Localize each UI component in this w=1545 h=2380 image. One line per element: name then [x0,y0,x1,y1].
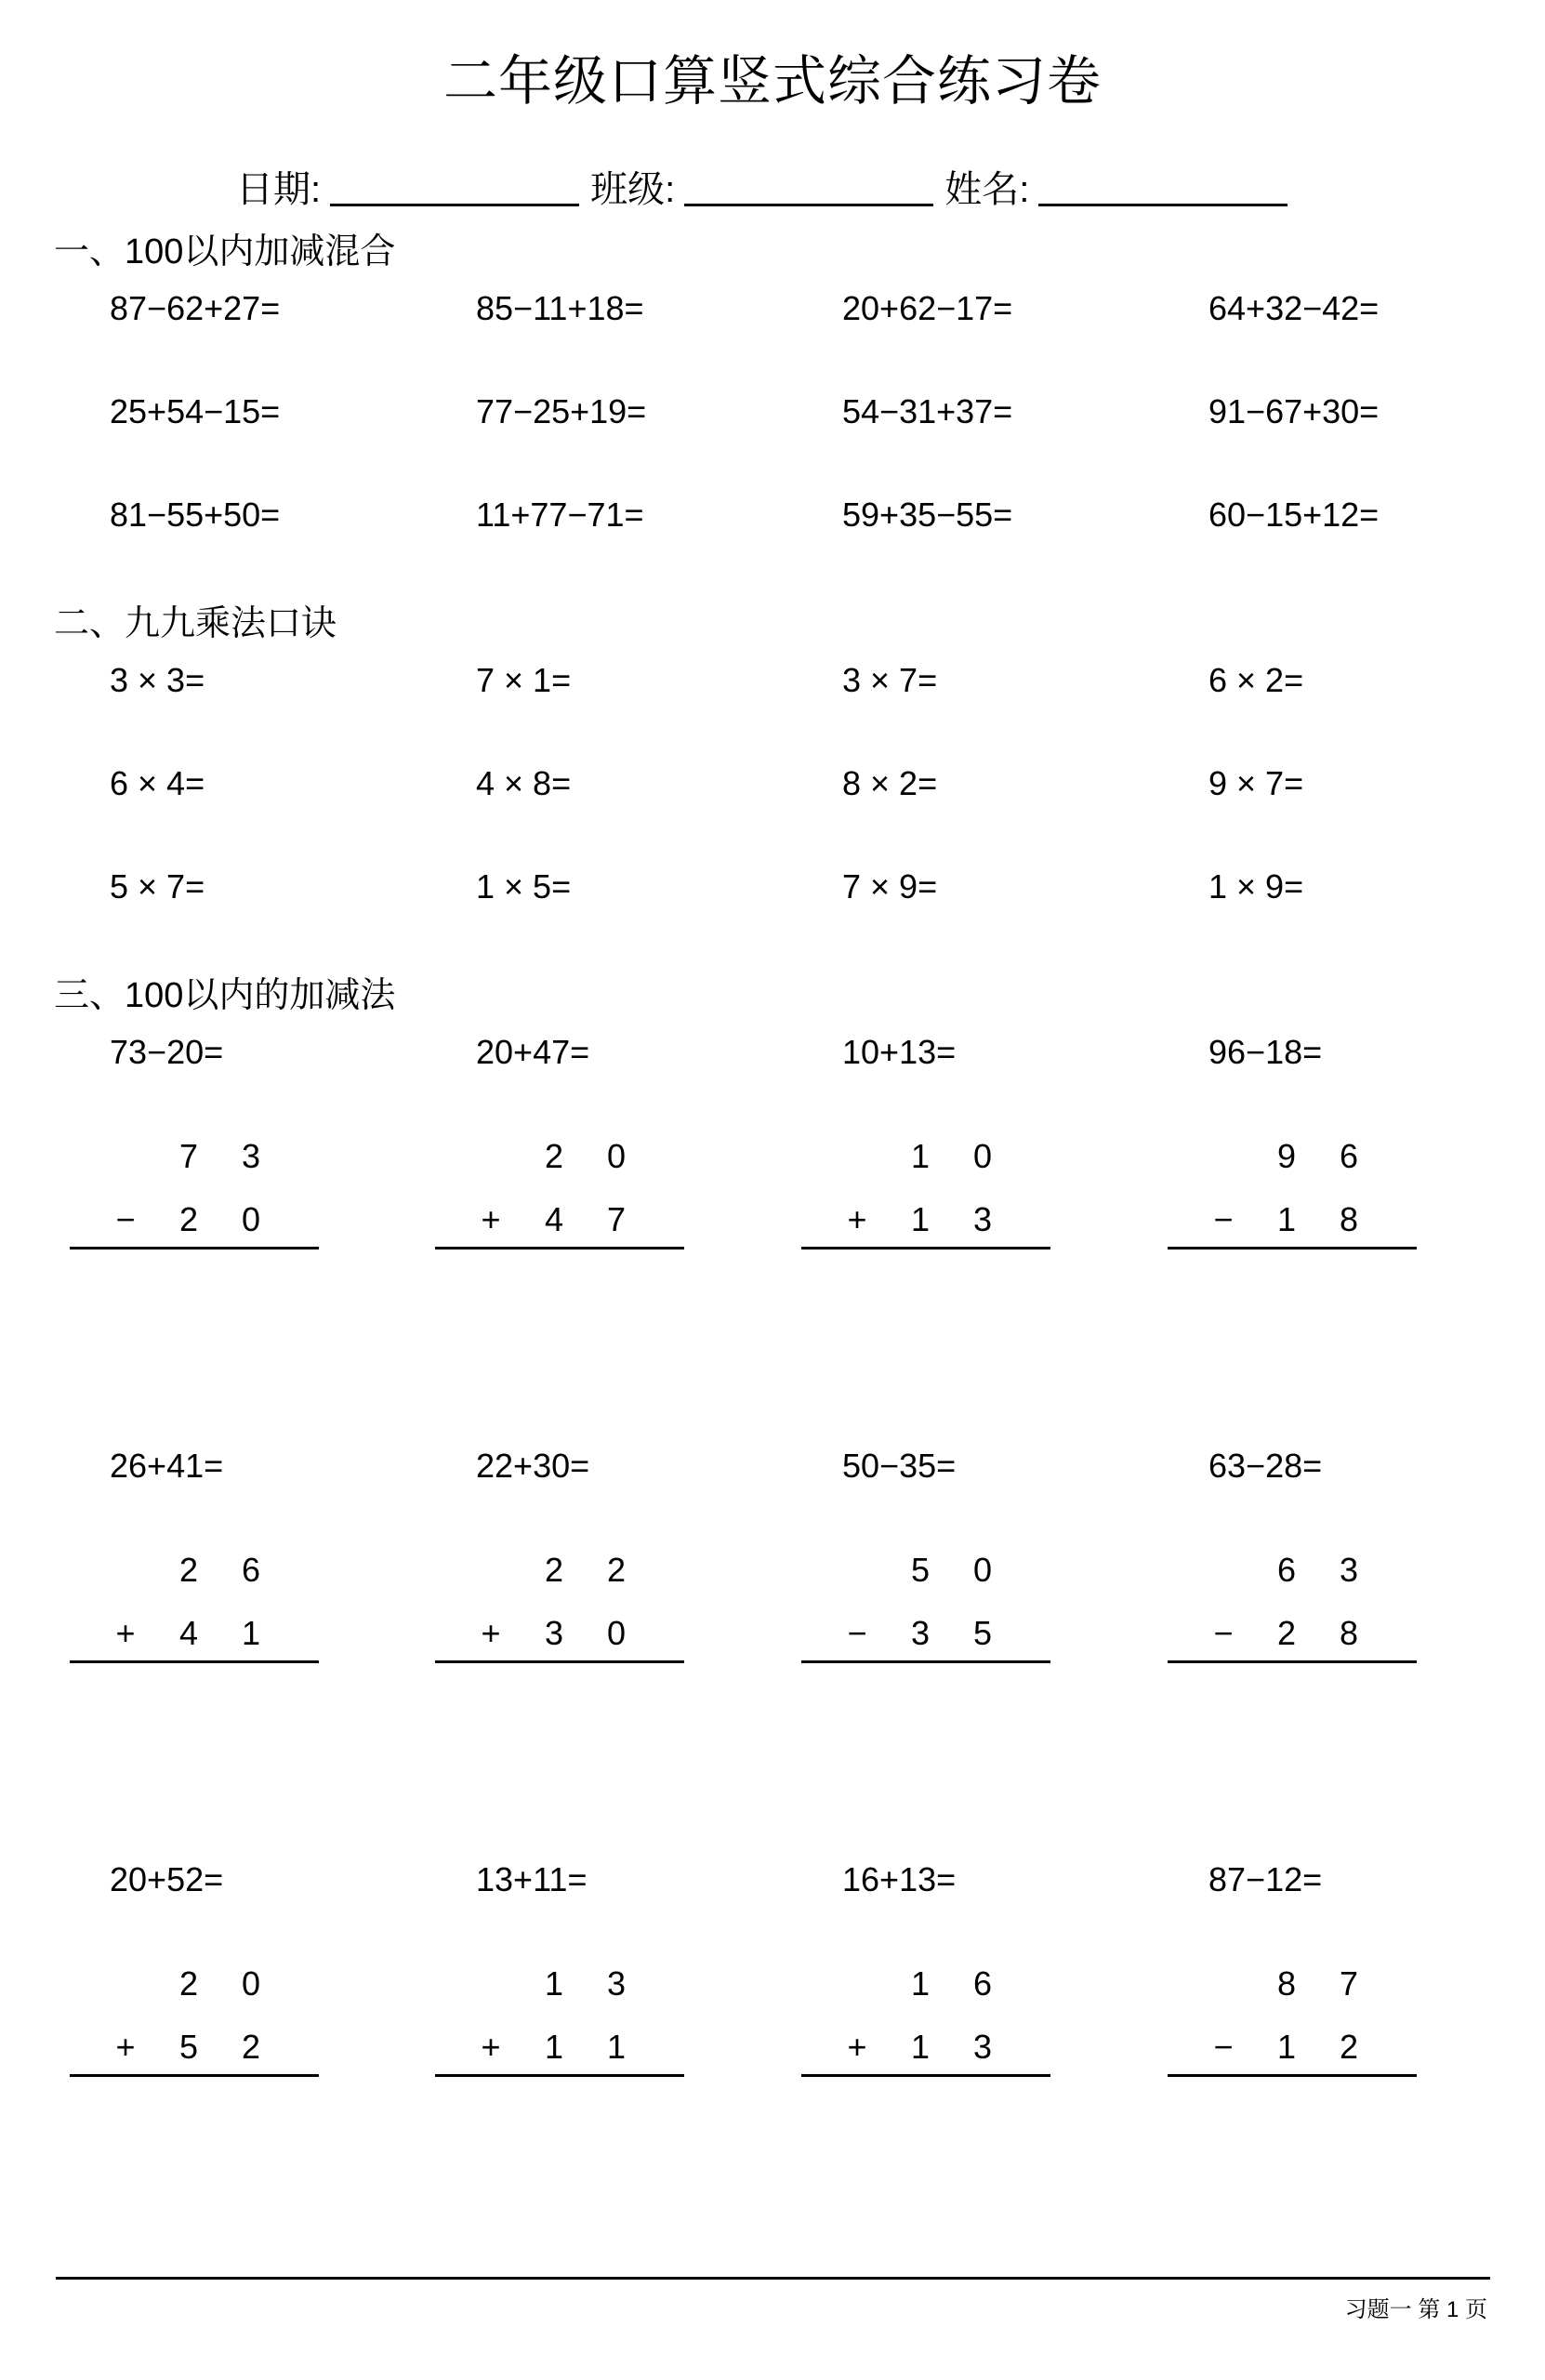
problem-item: 25+54−15= [110,391,280,432]
bottom-tens-digit: 3 [535,1613,573,1654]
problem-item: 5 × 7= [110,866,205,907]
bottom-ones-digit: 7 [598,1199,635,1240]
bottom-ones-digit: 3 [964,1199,1001,1240]
operator-sign: − [1205,1199,1242,1240]
top-tens-digit: 2 [535,1550,573,1591]
top-ones-digit: 0 [232,1963,270,2004]
top-tens-digit: 1 [535,1963,573,2004]
date-blank[interactable] [330,204,579,206]
bottom-tens-digit: 2 [170,1199,207,1240]
top-ones-digit: 0 [598,1136,635,1177]
problem-item: 1 × 5= [476,866,571,907]
class-label: 班级: [590,164,675,216]
answer-line[interactable] [1168,2074,1417,2077]
problem-item: 7 × 1= [476,660,571,701]
operator-sign: + [839,1199,876,1240]
top-tens-digit: 1 [902,1963,939,2004]
top-tens-digit: 8 [1268,1963,1305,2004]
problem-item: 85−11+18= [476,288,644,329]
problem-equation: 20+52= [110,1859,223,1900]
problem-item: 60−15+12= [1208,495,1379,535]
top-ones-digit: 6 [232,1550,270,1591]
problem-item: 11+77−71= [476,495,644,535]
name-label: 姓名: [944,164,1029,216]
class-blank[interactable] [684,204,933,206]
top-tens-digit: 5 [902,1550,939,1591]
section-3-title: 三、100以内的加减法 [54,973,395,1018]
top-tens-digit: 2 [170,1550,207,1591]
student-info-row: 日期: 班级: 姓名: [236,164,1299,216]
bottom-tens-digit: 1 [902,2027,939,2068]
bottom-tens-digit: 1 [1268,2027,1305,2068]
bottom-tens-digit: 1 [902,1199,939,1240]
problem-equation: 96−18= [1208,1032,1322,1073]
problem-item: 9 × 7= [1208,763,1303,804]
answer-line[interactable] [1168,1660,1417,1663]
operator-sign: + [107,1613,144,1654]
problem-item: 54−31+37= [842,391,1012,432]
top-tens-digit: 2 [170,1963,207,2004]
bottom-tens-digit: 3 [902,1613,939,1654]
bottom-tens-digit: 1 [535,2027,573,2068]
operator-sign: − [839,1613,876,1654]
problem-item: 4 × 8= [476,763,571,804]
bottom-ones-digit: 1 [598,2027,635,2068]
top-ones-digit: 3 [1330,1550,1367,1591]
top-ones-digit: 2 [598,1550,635,1591]
top-tens-digit: 6 [1268,1550,1305,1591]
answer-line[interactable] [70,1247,319,1249]
problem-equation: 16+13= [842,1859,956,1900]
bottom-ones-digit: 1 [232,1613,270,1654]
bottom-ones-digit: 8 [1330,1199,1367,1240]
problem-item: 6 × 4= [110,763,205,804]
section-1-title: 一、100以内加减混合 [54,230,395,274]
problem-item: 20+62−17= [842,288,1012,329]
top-ones-digit: 3 [232,1136,270,1177]
answer-line[interactable] [801,1247,1050,1249]
problem-item: 77−25+19= [476,391,646,432]
answer-line[interactable] [435,1247,684,1249]
answer-line[interactable] [435,1660,684,1663]
name-blank[interactable] [1038,204,1287,206]
top-ones-digit: 6 [1330,1136,1367,1177]
section-2-title: 二、九九乘法口诀 [54,602,337,646]
problem-item: 7 × 9= [842,866,937,907]
problem-item: 81−55+50= [110,495,280,535]
problem-equation: 26+41= [110,1446,223,1487]
answer-line[interactable] [1168,1247,1417,1249]
footer-divider [56,2277,1490,2280]
page-footer: 习题一 第 1 页 [1345,2296,1487,2324]
bottom-ones-digit: 8 [1330,1613,1367,1654]
problem-equation: 63−28= [1208,1446,1322,1487]
operator-sign: + [107,2027,144,2068]
problem-equation: 50−35= [842,1446,956,1487]
operator-sign: + [472,1199,509,1240]
top-tens-digit: 7 [170,1136,207,1177]
problem-equation: 73−20= [110,1032,223,1073]
bottom-ones-digit: 0 [232,1199,270,1240]
problem-item: 64+32−42= [1208,288,1379,329]
operator-sign: + [472,2027,509,2068]
problem-item: 8 × 2= [842,763,937,804]
bottom-tens-digit: 4 [535,1199,573,1240]
answer-line[interactable] [435,2074,684,2077]
problem-equation: 13+11= [476,1859,587,1900]
bottom-ones-digit: 2 [1330,2027,1367,2068]
problem-equation: 20+47= [476,1032,589,1073]
top-ones-digit: 6 [964,1963,1001,2004]
date-label: 日期: [236,164,321,216]
problem-item: 3 × 3= [110,660,205,701]
problem-equation: 87−12= [1208,1859,1322,1900]
problem-item: 91−67+30= [1208,391,1379,432]
answer-line[interactable] [801,2074,1050,2077]
bottom-tens-digit: 2 [1268,1613,1305,1654]
worksheet-title: 二年级口算竖式综合练习卷 [0,48,1545,115]
operator-sign: + [839,2027,876,2068]
problem-equation: 10+13= [842,1032,956,1073]
bottom-ones-digit: 3 [964,2027,1001,2068]
problem-item: 87−62+27= [110,288,280,329]
top-tens-digit: 1 [902,1136,939,1177]
top-tens-digit: 2 [535,1136,573,1177]
bottom-ones-digit: 5 [964,1613,1001,1654]
operator-sign: − [1205,1613,1242,1654]
answer-line[interactable] [70,1660,319,1663]
top-ones-digit: 3 [598,1963,635,2004]
answer-line[interactable] [801,1660,1050,1663]
answer-line[interactable] [70,2074,319,2077]
operator-sign: − [1205,2027,1242,2068]
top-ones-digit: 0 [964,1136,1001,1177]
bottom-tens-digit: 5 [170,2027,207,2068]
bottom-ones-digit: 0 [598,1613,635,1654]
top-tens-digit: 9 [1268,1136,1305,1177]
operator-sign: + [472,1613,509,1654]
problem-item: 3 × 7= [842,660,937,701]
bottom-tens-digit: 4 [170,1613,207,1654]
problem-item: 1 × 9= [1208,866,1303,907]
problem-equation: 22+30= [476,1446,589,1487]
bottom-ones-digit: 2 [232,2027,270,2068]
problem-item: 6 × 2= [1208,660,1303,701]
operator-sign: − [107,1199,144,1240]
bottom-tens-digit: 1 [1268,1199,1305,1240]
problem-item: 59+35−55= [842,495,1012,535]
top-ones-digit: 7 [1330,1963,1367,2004]
top-ones-digit: 0 [964,1550,1001,1591]
